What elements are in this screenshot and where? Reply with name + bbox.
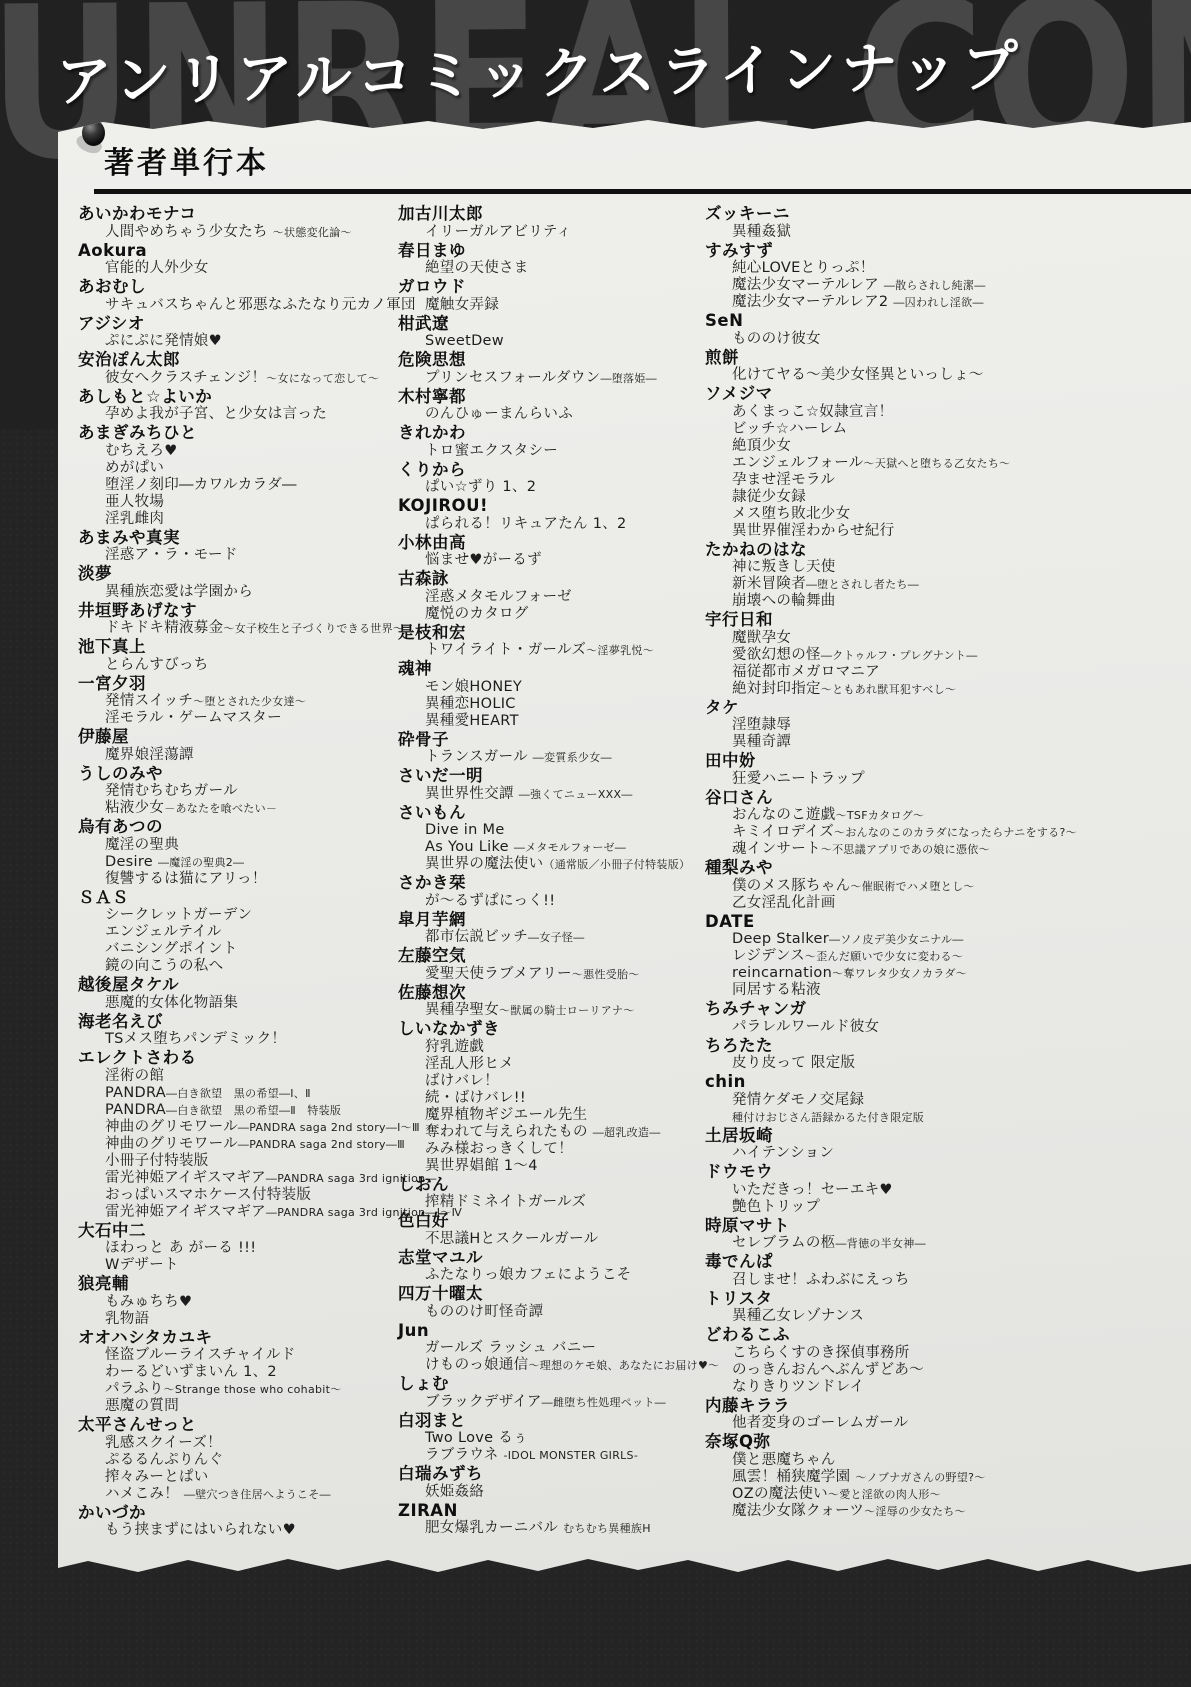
- author-entry: 小林由高悩ませ♥がーるず: [398, 533, 705, 570]
- author-entry: 白羽まとTwo Love るぅラブラウネ -IDOL MONSTER GIRLS…: [398, 1411, 705, 1465]
- work-subtitle: ―魔淫の聖典2―: [158, 856, 244, 869]
- work-title-main: ふたなりっ娘カフェにようこそ: [425, 1267, 631, 1283]
- author-name: 加古川太郎: [398, 204, 705, 224]
- work-title: ぱい☆ずり 1、2: [398, 479, 705, 496]
- work-subtitle: 種付けおじさん語録かるた付き限定版: [732, 1111, 924, 1124]
- work-title: 乳物語: [78, 1311, 398, 1328]
- work-title-main: 絶頂少女: [732, 438, 791, 454]
- author-name: 種梨みや: [705, 858, 1191, 878]
- author-name: 海老名えび: [78, 1012, 398, 1032]
- work-title: 召しませ！ふわぶにえっち: [705, 1272, 1191, 1289]
- work-subtitle: ―PANDRA saga 2nd story―Ⅰ～Ⅲ: [238, 1121, 420, 1134]
- work-title: 奪われて与えられたもの ―超乳改造―: [398, 1124, 705, 1141]
- work-title: 異種姦獄: [705, 224, 1191, 241]
- work-subtitle: ―超乳改造―: [593, 1126, 661, 1139]
- work-title: 淫惑ア・ラ・モード: [78, 547, 398, 564]
- author-entry: 烏有あつの魔淫の聖典Desire ―魔淫の聖典2―復讐するは猫にアリっ！: [78, 817, 398, 888]
- work-title-main: が～るずぱにっく!!: [425, 893, 555, 909]
- work-title: 異種孕聖女～獣属の騎士ローリアナ～: [398, 1002, 705, 1019]
- author-entry: 是枝和宏トワイライト・ガールズ～淫夢乳悦～: [398, 623, 705, 660]
- work-title-main: 異世界の魔法使い: [425, 856, 543, 872]
- work-title-main: 異種愛HEART: [425, 713, 519, 729]
- work-subtitle: ―背徳の半女神―: [835, 1237, 925, 1250]
- author-name: 狼亮輔: [78, 1274, 398, 1294]
- work-title: あくまっこ☆奴隷宣言！: [705, 404, 1191, 421]
- work-subtitle: ―囚われし淫欲―: [893, 296, 983, 309]
- author-entry: 煎餅化けてヤる～美少女怪異といっしょ～: [705, 348, 1191, 385]
- author-entry: ソメジマあくまっこ☆奴隷宣言！ビッチ☆ハーレム絶頂少女エンジェルフォール～天獄へ…: [705, 384, 1191, 540]
- work-title: 異種奇譚: [705, 734, 1191, 751]
- work-title-main: パラふり: [105, 1381, 164, 1397]
- author-entry: さいもんDive in MeAs You Like ―メタモルフォーゼ―異世界の…: [398, 803, 705, 874]
- work-subtitle: ―雌堕ち性処理ペット―: [542, 1396, 666, 1409]
- work-title-main: 雷光神姫アイギスマギア: [105, 1170, 266, 1186]
- author-entry: あしもと☆よいか孕めよ我が子宮、と少女は言った: [78, 387, 398, 424]
- work-title-main: 雷光神姫アイギスマギア: [105, 1204, 266, 1220]
- work-title: 愛欲幻想の怪―クトゥルフ・プレグナント―: [705, 647, 1191, 664]
- work-title-main: 狂愛ハニートラップ: [732, 771, 865, 787]
- work-subtitle: ―PANDRA saga 2nd story―Ⅲ: [238, 1138, 405, 1151]
- work-title-main: おんなのこ遊戯: [732, 807, 836, 823]
- author-name: ちみチャンガ: [705, 999, 1191, 1019]
- work-subtitle: ～淫辱の少女たち～: [864, 1505, 966, 1518]
- author-name: 田中妢: [705, 751, 1191, 771]
- work-title-main: 神曲のグリモワール: [105, 1136, 238, 1152]
- work-title-main: ぱい☆ずり 1、2: [425, 479, 536, 495]
- work-subtitle: ―女子怪―: [528, 931, 585, 944]
- work-title-main: 孕ませ淫モラル: [732, 472, 835, 488]
- work-title-main: 魔法少女マーテルレア: [732, 277, 884, 293]
- author-name: 古森詠: [398, 569, 705, 589]
- work-title-main: エンジェルテイル: [105, 924, 222, 940]
- author-entry: あまみや真実淫惑ア・ラ・モード: [78, 528, 398, 565]
- author-entry: 春日まゆ絶望の天使さま: [398, 241, 705, 278]
- work-title-main: 愛欲幻想の怪: [732, 647, 821, 663]
- work-title: むちえろ♥: [78, 443, 398, 460]
- work-title: シークレットガーデン: [78, 907, 398, 924]
- work-subtitle: ―堕落姫―: [600, 372, 657, 385]
- work-title-main: 福従都市メガロマニア: [732, 664, 880, 680]
- work-title-main: 官能的人外少女: [105, 260, 209, 276]
- author-name: あおむし: [78, 277, 398, 297]
- author-name: 安治ぽん太郎: [78, 350, 398, 370]
- author-entry: 時原マサトセレブラムの柩―背徳の半女神―: [705, 1216, 1191, 1253]
- work-title-main: みみ様おっきくして！: [425, 1141, 573, 1157]
- work-subtitle: ～ともあれ獣耳犯すべし～: [821, 683, 956, 696]
- work-title-main: 発情ケダモノ交尾録: [732, 1092, 864, 1108]
- author-entry: 柑武遼SweetDew: [398, 314, 705, 351]
- work-title: プリンセスフォールダウン―堕落姫―: [398, 370, 705, 387]
- work-title: 鏡の向こうの私へ: [78, 958, 398, 975]
- author-name: しょむ: [398, 1374, 705, 1394]
- work-title: Deep Stalker―ソノ皮デ美少女ニナル―: [705, 931, 1191, 948]
- work-title: 搾精ドミネイトガールズ: [398, 1194, 705, 1211]
- work-title: 隷従少女録: [705, 489, 1191, 506]
- work-title-main: TSメス堕ちパンデミック！: [105, 1031, 286, 1047]
- work-title-main: 乙女淫乱化計画: [732, 895, 836, 911]
- author-entry: 加古川太郎イリーガルアビリティ: [398, 204, 705, 241]
- work-title: 亜人牧場: [78, 494, 398, 511]
- work-title-main: 亜人牧場: [105, 494, 164, 510]
- work-title: 彼女へクラスチェンジ！～女になって恋して～: [78, 370, 398, 387]
- author-name: 色白好: [398, 1211, 705, 1231]
- work-title-main: こちらくすのき探偵事務所: [732, 1345, 910, 1361]
- work-subtitle: ～愛と淫欲の肉人形～: [828, 1488, 941, 1501]
- work-title-main: むちえろ♥: [105, 443, 178, 459]
- author-name: 越後屋タケル: [78, 975, 398, 995]
- work-title: エンジェルフォール～天獄へと堕ちる乙女たち～: [705, 455, 1191, 472]
- work-title: 都市伝説ビッチ―女子怪―: [398, 929, 705, 946]
- work-title: けものっ娘通信～理想のケモ娘、あなたにお届け♥～: [398, 1357, 705, 1374]
- author-name: さかき栞: [398, 873, 705, 893]
- work-title: 淫術の館: [78, 1068, 398, 1085]
- author-name: 小林由高: [398, 533, 705, 553]
- author-name: くりから: [398, 460, 705, 480]
- work-title: 続・ばけバレ!!: [398, 1090, 705, 1107]
- work-title: イリーガルアビリティ: [398, 224, 705, 241]
- work-title-main: レジデンス: [732, 948, 805, 964]
- column-1: あいかわモナコ人間やめちゃう少女たち ～状態変化論～Aokura官能的人外少女あ…: [78, 204, 398, 1539]
- work-title: 異世界娼館 1～4: [398, 1158, 705, 1175]
- author-entry: 淡夢異種族恋愛は学園から: [78, 564, 398, 601]
- author-entry: どわるこふこちらくすのき探偵事務所のっきんおんへぶんずどあ～なりきりツンドレイ: [705, 1325, 1191, 1396]
- work-title: 悩ませ♥がーるず: [398, 552, 705, 569]
- author-name: 烏有あつの: [78, 817, 398, 837]
- work-title-main: 人間やめちゃう少女たち: [105, 224, 273, 240]
- author-name: しおん: [398, 1175, 705, 1195]
- work-title: 魔獣孕女: [705, 630, 1191, 647]
- work-subtitle: ～奪ワレタ少女ノカラダ～: [832, 967, 967, 980]
- work-title: 淫乳雌肉: [78, 511, 398, 528]
- work-title-main: 都市伝説ビッチ: [425, 929, 528, 945]
- work-title: 神に叛きし天使: [705, 559, 1191, 576]
- work-title-main: バニシングポイント: [105, 941, 238, 957]
- work-title: いただきっ！セーエキ♥: [705, 1182, 1191, 1199]
- work-title-main: As You Like: [425, 839, 514, 855]
- author-entry: あまぎみちひとむちえろ♥めがぱい堕淫ノ刻印―カワルカラダ―亜人牧場淫乳雌肉: [78, 423, 398, 528]
- author-entry: 砕骨子トランスガール ―変質系少女―: [398, 730, 705, 767]
- work-title-main: 異種族恋愛は学園から: [105, 584, 253, 600]
- paper-sheet: 著者単行本 あいかわモナコ人間やめちゃう少女たち ～状態変化論～Aokura官能…: [58, 116, 1191, 1578]
- work-title-main: 他者変身のゴーレムガール: [732, 1415, 908, 1431]
- author-entry: Junガールズ ラッシュ バニーけものっ娘通信～理想のケモ娘、あなたにお届け♥～: [398, 1321, 705, 1375]
- work-subtitle: ―変質系少女―: [533, 751, 612, 764]
- author-name: ＳＡＳ: [78, 888, 398, 908]
- author-name: ソメジマ: [705, 384, 1191, 404]
- author-name: さいだ一明: [398, 766, 705, 786]
- author-name: 白瑞みずち: [398, 1464, 705, 1484]
- work-title: 異世界の魔法使い（通常版／小冊子付特装版）: [398, 856, 705, 873]
- author-entry: DATEDeep Stalker―ソノ皮デ美少女ニナル―レジデンス～歪んだ願いで…: [705, 912, 1191, 1000]
- author-name: 左藤空気: [398, 946, 705, 966]
- work-title: 淫乱人形ヒメ: [398, 1056, 705, 1073]
- work-title-main: 僕と悪魔ちゃん: [732, 1452, 836, 1468]
- work-title-main: 異世界娼館 1～4: [425, 1158, 538, 1174]
- author-entry: chin発情ケダモノ交尾録種付けおじさん語録かるた付き限定版: [705, 1072, 1191, 1126]
- work-title: が～るずぱにっく!!: [398, 893, 705, 910]
- author-name: たかねのはな: [705, 540, 1191, 560]
- author-name: さいもん: [398, 803, 705, 823]
- author-entry: 奈塚Q弥僕と悪魔ちゃん風雲！桶狭魔学園 ～ノブナガさんの野望?～OZの魔法使い～…: [705, 1432, 1191, 1520]
- work-title-main: 淫惑メタモルフォーゼ: [425, 589, 572, 605]
- work-title: 異種恋HOLIC: [398, 696, 705, 713]
- work-title: めがぱい: [78, 460, 398, 477]
- author-name: 木村寧都: [398, 387, 705, 407]
- work-title: 神曲のグリモワール―PANDRA saga 2nd story―Ⅲ: [78, 1136, 398, 1153]
- work-title-main: あくまっこ☆奴隷宣言！: [732, 404, 893, 420]
- work-subtitle: （通常版／小冊子付特装版）: [543, 858, 690, 871]
- work-title: トロ蜜エクスタシー: [398, 443, 705, 460]
- work-title-main: PANDRA: [105, 1085, 166, 1101]
- work-subtitle: ―メタモルフォーゼ―: [514, 841, 626, 854]
- work-subtitle: ～ノブナガさんの野望?～: [855, 1471, 985, 1484]
- author-entry: 狼亮輔もみゅちち♥乳物語: [78, 1274, 398, 1328]
- author-entry: トリスタ異種乙女レゾナンス: [705, 1289, 1191, 1326]
- author-name: Aokura: [78, 241, 398, 261]
- work-title: 絶対封印指定～ともあれ獣耳犯すべし～: [705, 681, 1191, 698]
- work-title: 新米冒険者―堕とされし者たち―: [705, 576, 1191, 593]
- author-entry: 海老名えびTSメス堕ちパンデミック！: [78, 1012, 398, 1049]
- work-title-main: ガールズ ラッシュ バニー: [425, 1340, 596, 1356]
- author-name: ドウモウ: [705, 1162, 1191, 1182]
- author-name: かいづか: [78, 1503, 398, 1523]
- work-title: 発情スイッチ～堕とされた少女達～: [78, 693, 398, 710]
- work-title-main: 魔悦のカタログ: [425, 606, 529, 622]
- author-name: 皐月芋網: [398, 910, 705, 930]
- work-title: ドキドキ精液募金～女子校生と子づくりできる世界～: [78, 620, 398, 637]
- work-subtitle: ～悪性受胎～: [572, 968, 640, 981]
- work-title-main: けものっ娘通信: [425, 1357, 528, 1373]
- author-entry: 内藤キララ他者変身のゴーレムガール: [705, 1396, 1191, 1433]
- work-title-main: 神に叛きし天使: [732, 559, 836, 575]
- work-title: 異種乙女レゾナンス: [705, 1308, 1191, 1325]
- work-title-main: 乳感スクイーズ！: [105, 1435, 222, 1451]
- work-title-main: ビッチ☆ハーレム: [732, 421, 847, 437]
- work-subtitle: ―壁穴つき住居へようこそ―: [184, 1488, 331, 1501]
- work-title: サキュバスちゃんと邪悪なふたなり元カノ軍団: [78, 297, 398, 314]
- author-entry: 毒でんぱ召しませ！ふわぶにえっち: [705, 1252, 1191, 1289]
- author-name: きれかわ: [398, 423, 705, 443]
- work-title-main: 魔淫の聖典: [105, 837, 179, 853]
- work-subtitle: -IDOL MONSTER GIRLS-: [503, 1449, 638, 1462]
- work-title-main: 化けてヤる～美少女怪異といっしょ～: [732, 367, 984, 383]
- work-title-main: 異種孕聖女: [425, 1002, 499, 1018]
- work-title: 悪魔的女体化物語集: [78, 995, 398, 1012]
- work-title-main: 淫乳雌肉: [105, 511, 164, 527]
- author-name: 砕骨子: [398, 730, 705, 750]
- author-entry: 太平さんせっと乳感スクイーズ！ぷるるんぷりんぐ搾々みーとぱいハメこみ！ ―壁穴つ…: [78, 1415, 398, 1503]
- work-title-main: トワイライト・ガールズ: [425, 642, 586, 658]
- work-title-main: モン娘HONEY: [425, 679, 522, 695]
- work-title: 魔法少女マーテルレア2 ―囚われし淫欲―: [705, 294, 1191, 311]
- author-entry: 大石中二ほわっと あ がーる !!!Wデザート: [78, 1221, 398, 1275]
- author-entry: 池下真上とらんすびっち: [78, 637, 398, 674]
- work-title-main: 魔法少女隊クォーツ: [732, 1503, 864, 1519]
- work-subtitle: ―堕とされし者たち―: [806, 578, 919, 591]
- author-entry: あおむしサキュバスちゃんと邪悪なふたなり元カノ軍団: [78, 277, 398, 314]
- work-title-main: 肥女爆乳カーニバル: [425, 1520, 563, 1536]
- author-entry: 志堂マユルふたなりっ娘カフェにようこそ: [398, 1248, 705, 1285]
- work-title-main: 艶色トリップ: [732, 1199, 820, 1215]
- work-title-main: 異種恋HOLIC: [425, 696, 516, 712]
- author-name: エレクトさわる: [78, 1048, 398, 1068]
- work-title: 人間やめちゃう少女たち ～状態変化論～: [78, 224, 398, 241]
- author-name: 白羽まと: [398, 1411, 705, 1431]
- work-title-main: 小冊子付特装版: [105, 1153, 209, 1169]
- work-subtitle: ～歪んだ願いで少女に変わる～: [805, 950, 963, 963]
- work-title-main: 絶対封印指定: [732, 681, 821, 697]
- work-title: 悪魔の質問: [78, 1398, 398, 1415]
- work-title-main: 異種奇譚: [732, 734, 791, 750]
- work-title: 異種族恋愛は学園から: [78, 584, 398, 601]
- work-title-main: もののけ町怪奇譚: [425, 1304, 543, 1320]
- work-title-main: 堕淫ノ刻印―カワルカラダ―: [105, 477, 297, 493]
- work-title-main: エンジェルフォール: [732, 455, 864, 471]
- work-title: 怪盗ブルーライスチャイルド: [78, 1347, 398, 1364]
- work-title: のっきんおんへぶんずどあ～: [705, 1362, 1191, 1379]
- work-title-main: 淫モラル・ゲームマスター: [105, 710, 282, 726]
- work-title: 淫惑メタモルフォーゼ: [398, 589, 705, 606]
- work-title-main: 同居する粘液: [732, 982, 821, 998]
- work-title-main: ぷにぷに発情娘♥: [105, 333, 222, 349]
- work-title: 愛聖天使ラブメアリー～悪性受胎～: [398, 966, 705, 983]
- work-title: セレブラムの柩―背徳の半女神―: [705, 1235, 1191, 1252]
- work-title: 僕と悪魔ちゃん: [705, 1452, 1191, 1469]
- author-entry: アジシオぷにぷに発情娘♥: [78, 314, 398, 351]
- author-entry: 白瑞みずち妖姫姦絡: [398, 1464, 705, 1501]
- work-title: トワイライト・ガールズ～淫夢乳悦～: [398, 642, 705, 659]
- work-title: 粘液少女－あなたを喰べたい－: [78, 800, 398, 817]
- author-name: あいかわモナコ: [78, 204, 398, 224]
- author-entry: 佐藤想次異種孕聖女～獣属の騎士ローリアナ～: [398, 983, 705, 1020]
- author-name: 危険思想: [398, 350, 705, 370]
- work-title-main: おっぱいスマホケース付特装版: [105, 1187, 311, 1203]
- work-title: バニシングポイント: [78, 941, 398, 958]
- work-title: 官能的人外少女: [78, 260, 398, 277]
- author-name: あまぎみちひと: [78, 423, 398, 443]
- work-title: 他者変身のゴーレムガール: [705, 1415, 1191, 1432]
- work-title: 孕めよ我が子宮、と少女は言った: [78, 406, 398, 423]
- work-title: メス堕ち敗北少女: [705, 506, 1191, 523]
- section-heading: 著者単行本: [104, 138, 1191, 182]
- work-title-main: 異種乙女レゾナンス: [732, 1308, 864, 1324]
- work-title: なりきりツンドレイ: [705, 1379, 1191, 1396]
- work-subtitle: ～TSFカタログ～: [836, 809, 925, 822]
- work-title-main: 狩乳遊戯: [425, 1039, 484, 1055]
- author-entry: Aokura官能的人外少女: [78, 241, 398, 278]
- author-entry: ドウモウいただきっ！セーエキ♥艶色トリップ: [705, 1162, 1191, 1216]
- work-title-main: 鏡の向こうの私へ: [105, 958, 223, 974]
- work-title-main: なりきりツンドレイ: [732, 1379, 864, 1395]
- work-title: 魔法少女隊クォーツ～淫辱の少女たち～: [705, 1503, 1191, 1520]
- author-name: タケ: [705, 698, 1191, 718]
- work-title: みみ様おっきくして！: [398, 1141, 705, 1158]
- author-name: 太平さんせっと: [78, 1415, 398, 1435]
- author-columns: あいかわモナコ人間やめちゃう少女たち ～状態変化論～Aokura官能的人外少女あ…: [58, 204, 1191, 1539]
- work-title-main: SweetDew: [425, 333, 504, 349]
- work-title: 淫堕隷辱: [705, 717, 1191, 734]
- work-title-main: PANDRA: [105, 1102, 166, 1118]
- work-title-main: ぱられる！リキュアたん 1、2: [425, 516, 627, 532]
- author-name: 大石中二: [78, 1221, 398, 1241]
- work-title: 雷光神姫アイギスマギア―PANDRA saga 3rd ignition―: [78, 1170, 398, 1187]
- work-title: 乳感スクイーズ！: [78, 1435, 398, 1452]
- work-title: 乙女淫乱化計画: [705, 895, 1191, 912]
- author-entry: 越後屋タケル悪魔的女体化物語集: [78, 975, 398, 1012]
- work-title: おんなのこ遊戯～TSFカタログ～: [705, 807, 1191, 824]
- work-title: 雷光神姫アイギスマギア―PANDRA saga 3rd ignition―Ⅰ～Ⅳ: [78, 1204, 398, 1221]
- author-name: あしもと☆よいか: [78, 387, 398, 407]
- work-title-main: 妖姫姦絡: [425, 1484, 484, 1500]
- work-title-main: めがぱい: [105, 460, 164, 476]
- author-name: 池下真上: [78, 637, 398, 657]
- work-title-main: 異世界催淫わからせ紀行: [732, 523, 894, 539]
- author-entry: エレクトさわる淫術の館PANDRA―白き欲望 黒の希望―Ⅰ、ⅡPANDRA―白き…: [78, 1048, 398, 1221]
- work-title-main: 淫術の館: [105, 1068, 164, 1084]
- work-title: 発情むちむちガール: [78, 783, 398, 800]
- column-2: 加古川太郎イリーガルアビリティ春日まゆ絶望の天使さまガロウド魔触女弄録柑武遼Sw…: [398, 204, 705, 1537]
- work-title-main: サキュバスちゃんと邪悪なふたなり元カノ軍団: [105, 297, 416, 313]
- work-title: ぷるるんぷりんぐ: [78, 1452, 398, 1469]
- work-subtitle: ―白き欲望 黒の希望―Ⅱ 特装版: [166, 1104, 341, 1117]
- work-subtitle: ～状態変化論～: [273, 226, 352, 239]
- author-name: DATE: [705, 912, 1191, 932]
- work-title: Dive in Me: [398, 822, 705, 839]
- work-title-main: 崩壊への輪舞曲: [732, 593, 836, 609]
- work-title: もののけ彼女: [705, 331, 1191, 348]
- work-title-main: ブラックデザイア: [425, 1394, 542, 1410]
- work-title: ハメこみ！ ―壁穴つき住居へようこそ―: [78, 1486, 398, 1503]
- work-subtitle: ～女子校生と子づくりできる世界～: [223, 622, 404, 635]
- work-title: 発情ケダモノ交尾録: [705, 1092, 1191, 1109]
- author-name: 時原マサト: [705, 1216, 1191, 1236]
- work-title-main: のんひゅーまんらいふ: [425, 406, 573, 422]
- author-entry: ズッキーニ異種姦獄: [705, 204, 1191, 241]
- author-name: SeN: [705, 311, 1191, 331]
- work-title-main: ばけバレ！: [425, 1073, 499, 1089]
- work-title-main: シークレットガーデン: [105, 907, 252, 923]
- author-entry: ちみチャンガパラレルワールド彼女: [705, 999, 1191, 1036]
- work-title-main: 魔触女弄録: [425, 297, 499, 313]
- work-title: 狂愛ハニートラップ: [705, 771, 1191, 788]
- author-entry: 一宮夕羽発情スイッチ～堕とされた少女達～淫モラル・ゲームマスター: [78, 674, 398, 728]
- work-title-main: reincarnation: [732, 965, 832, 981]
- work-title-main: 奪われて与えられたもの: [425, 1124, 593, 1140]
- page-title: アンリアルコミックスラインナップ: [55, 22, 1023, 117]
- work-title: もう挟まずにはいられない♥: [78, 1522, 398, 1539]
- work-title: 異世界催淫わからせ紀行: [705, 523, 1191, 540]
- author-name: ZIRAN: [398, 1501, 705, 1521]
- work-title-main: 孕めよ我が子宮、と少女は言った: [105, 406, 327, 422]
- author-name: しいなかずき: [398, 1019, 705, 1039]
- author-entry: 宇行日和魔獣孕女愛欲幻想の怪―クトゥルフ・プレグナント―福従都市メガロマニア絶対…: [705, 610, 1191, 698]
- author-name: ズッキーニ: [705, 204, 1191, 224]
- author-entry: 魂神モン娘HONEY異種恋HOLIC異種愛HEART: [398, 659, 705, 730]
- author-entry: うしのみや発情むちむちガール粘液少女－あなたを喰べたい－: [78, 764, 398, 818]
- work-title: ふたなりっ娘カフェにようこそ: [398, 1267, 705, 1284]
- work-title: おっぱいスマホケース付特装版: [78, 1187, 398, 1204]
- author-entry: すみすず純心LOVEとりっぷ！魔法少女マーテルレア ―散らされし純潔―魔法少女マ…: [705, 241, 1191, 312]
- author-name: すみすず: [705, 241, 1191, 261]
- work-title-main: 淫惑ア・ラ・モード: [105, 547, 238, 563]
- author-entry: あいかわモナコ人間やめちゃう少女たち ～状態変化論～: [78, 204, 398, 241]
- work-title: PANDRA―白き欲望 黒の希望―Ⅰ、Ⅱ: [78, 1085, 398, 1102]
- work-title: PANDRA―白き欲望 黒の希望―Ⅱ 特装版: [78, 1102, 398, 1119]
- work-title: ハイテンション: [705, 1145, 1191, 1162]
- work-title: 絶望の天使さま: [398, 260, 705, 277]
- author-name: 毒でんぱ: [705, 1252, 1191, 1272]
- section-rule: [94, 189, 1191, 194]
